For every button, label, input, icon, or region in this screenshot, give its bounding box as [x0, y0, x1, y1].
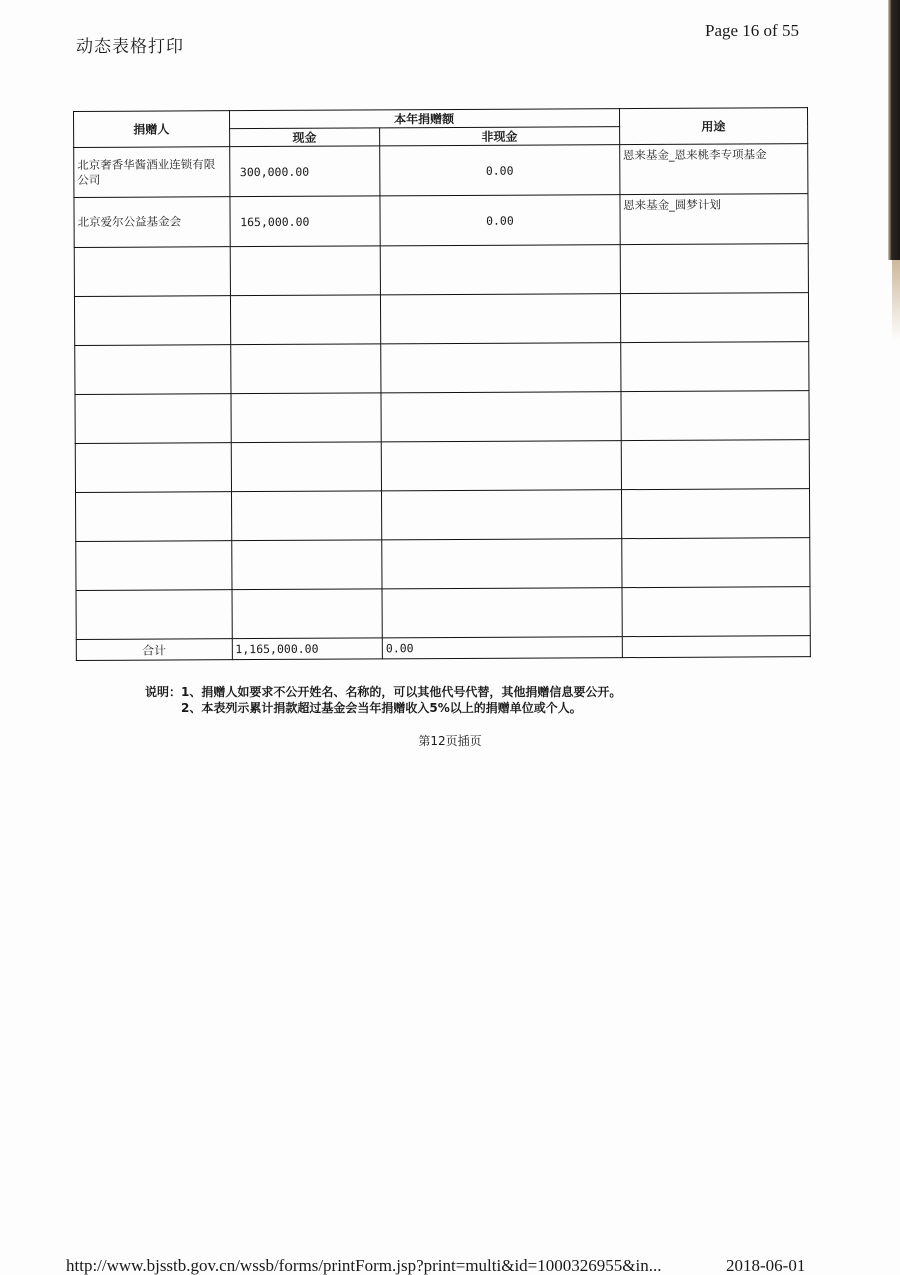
empty-cell — [621, 440, 810, 490]
total-cash: 1,165,000.00 — [232, 638, 383, 660]
empty-cell — [381, 294, 621, 344]
empty-cell — [75, 345, 231, 395]
empty-cell — [232, 589, 383, 639]
empty-cell — [382, 490, 622, 540]
table-row: 北京爱尔公益基金会 165,000.00 0.00 恩来基金_圆梦计划 — [74, 194, 808, 248]
scan-edge-shadow — [888, 0, 900, 260]
page-indicator: Page 16 of 55 — [705, 21, 799, 41]
empty-cell — [382, 588, 622, 638]
empty-cell — [231, 442, 382, 492]
empty-cell — [74, 247, 230, 297]
cash-cell: 300,000.00 — [229, 146, 380, 197]
footer-date: 2018-06-01 — [726, 1256, 805, 1275]
page-insert-label: 第12页插页 — [0, 732, 900, 749]
empty-cell — [381, 343, 621, 393]
scan-edge-fade — [892, 260, 900, 340]
empty-cell — [76, 541, 232, 591]
empty-cell — [231, 540, 382, 590]
empty-cell — [75, 443, 231, 493]
empty-cell — [620, 293, 809, 343]
table-row: 北京奢香华酱酒业连锁有限公司 300,000.00 0.00 恩来基金_恩来桃李… — [74, 144, 808, 198]
note-1: 说明：1、捐赠人如要求不公开姓名、名称的，可以其他代号代替，其他捐赠信息要公开。 — [145, 684, 621, 700]
table-row-empty — [75, 489, 809, 542]
footer-url: http://www.bjsstb.gov.cn/wssb/forms/prin… — [66, 1256, 661, 1275]
empty-cell — [622, 587, 811, 637]
header-amount-group: 本年捐赠额 — [229, 109, 619, 129]
empty-cell — [381, 441, 621, 491]
notes: 说明：1、捐赠人如要求不公开姓名、名称的，可以其他代号代替，其他捐赠信息要公开。… — [145, 684, 621, 716]
total-purpose — [622, 636, 810, 658]
empty-cell — [231, 393, 382, 443]
purpose-cell: 恩来基金_恩来桃李专项基金 — [619, 144, 808, 195]
empty-cell — [621, 489, 810, 539]
table-row-empty — [75, 440, 809, 493]
empty-cell — [620, 342, 809, 392]
table-row-empty — [76, 538, 810, 591]
header-cash: 现金 — [229, 128, 380, 147]
empty-cell — [75, 492, 231, 542]
empty-cell — [620, 244, 809, 294]
empty-cell — [74, 296, 230, 346]
empty-cell — [230, 246, 381, 296]
table-row-empty — [74, 293, 808, 346]
donor-cell: 北京爱尔公益基金会 — [74, 197, 230, 248]
header-non-cash: 非现金 — [380, 127, 620, 146]
note-2: 2、本表列示累计捐款超过基金会当年捐赠收入5%以上的捐赠单位或个人。 — [145, 700, 621, 716]
empty-cell — [380, 245, 620, 295]
print-footer: http://www.bjsstb.gov.cn/wssb/forms/prin… — [66, 1256, 661, 1275]
empty-cell — [381, 392, 621, 442]
cash-cell: 165,000.00 — [230, 196, 381, 247]
total-row: 合计 1,165,000.00 0.00 — [76, 636, 810, 661]
empty-cell — [230, 344, 381, 394]
non-cash-cell: 0.00 — [380, 195, 620, 246]
empty-cell — [76, 590, 232, 640]
empty-cell — [75, 394, 231, 444]
empty-cell — [230, 295, 381, 345]
donation-table: 捐赠人 本年捐赠额 用途 现金 非现金 北京奢香华酱酒业连锁有限公司 300,0… — [73, 107, 811, 661]
purpose-cell: 恩来基金_圆梦计划 — [620, 194, 809, 245]
non-cash-cell: 0.00 — [380, 145, 620, 196]
header-donor: 捐赠人 — [74, 111, 230, 148]
empty-cell — [621, 538, 810, 588]
table-row-empty — [75, 391, 809, 444]
donor-cell: 北京奢香华酱酒业连锁有限公司 — [74, 147, 230, 198]
table-row-empty — [76, 587, 810, 640]
table-row-empty — [74, 244, 808, 297]
print-title: 动态表格打印 — [76, 32, 184, 57]
total-non-cash: 0.00 — [382, 637, 622, 659]
empty-cell — [382, 539, 622, 589]
empty-cell — [231, 491, 382, 541]
header-purpose: 用途 — [619, 108, 808, 145]
table-row-empty — [75, 342, 809, 395]
empty-cell — [621, 391, 810, 441]
total-label: 合计 — [76, 639, 232, 661]
